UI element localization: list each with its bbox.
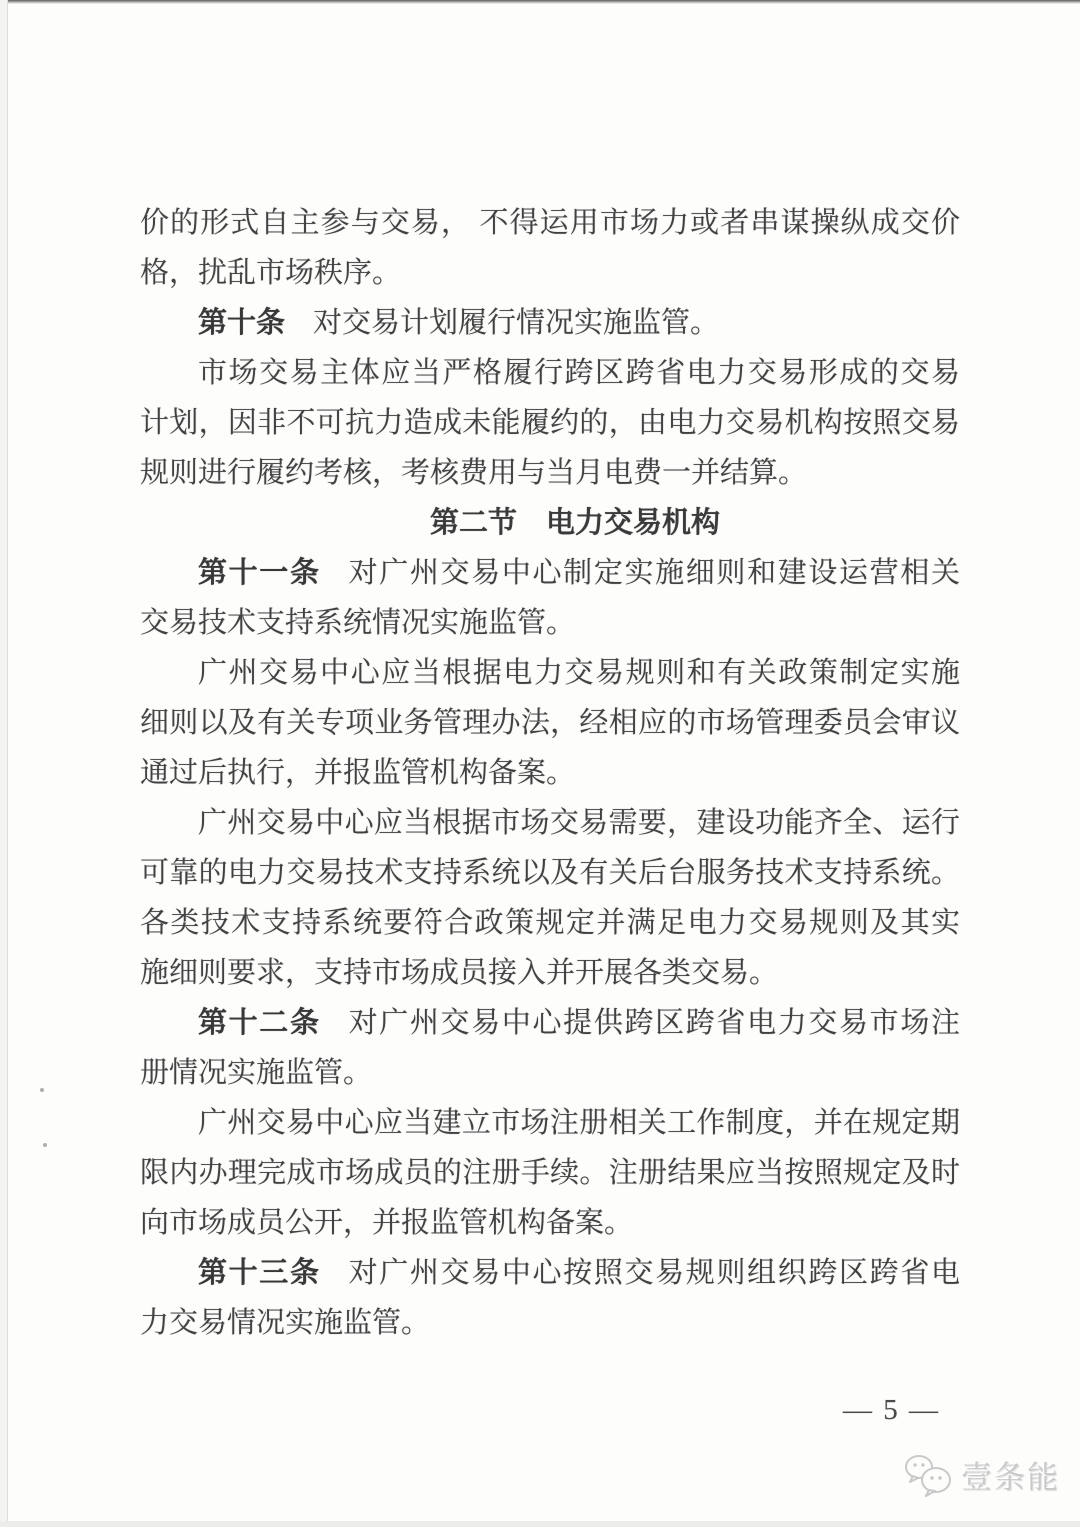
scan-speck — [40, 1088, 44, 1092]
line-text: 对广州交易中心按照交易规则组织跨区跨省电 — [349, 1257, 960, 1289]
line-text: 广州交易中心应当建立市场注册相关工作制度，并在规定期 — [198, 1107, 960, 1139]
line-text: 通过后执行，并报监管机构备案。 — [140, 757, 575, 789]
page-number: — 5 — — [843, 1386, 940, 1434]
article-number: 第十三条 — [198, 1257, 321, 1289]
scan-edge-left — [0, 0, 7, 1527]
text-line: 广州交易中心应当根据电力交易规则和有关政策制定实施 — [140, 648, 960, 698]
document-page: 价的形式自主参与交易， 不得运用市场力或者串谋操纵成交价 格，扰乱市场秩序。 第… — [0, 0, 1080, 1527]
line-text: 各类技术支持系统要符合政策规定并满足电力交易规则及其实 — [140, 907, 960, 939]
line-text: 细则以及有关专项业务管理办法，经相应的市场管理委员会审议 — [140, 707, 960, 739]
text-line: 市场交易主体应当严格履行跨区跨省电力交易形成的交易 — [140, 348, 960, 398]
text-line: 广州交易中心应当根据市场交易需要，建设功能齐全、运行 — [140, 798, 960, 848]
text-line: 第十一条对广州交易中心制定实施细则和建设运营相关 — [140, 548, 960, 598]
scan-edge-top — [0, 0, 1080, 4]
text-line: 第十条对交易计划履行情况实施监管。 — [140, 298, 960, 348]
line-text: 施细则要求，支持市场成员接入并开展各类交易。 — [140, 957, 778, 989]
line-text: 对交易计划履行情况实施监管。 — [313, 307, 719, 339]
line-text: 价的形式自主参与交易， 不得运用市场力或者串谋操纵成交价 — [140, 207, 960, 239]
line-text: 格，扰乱市场秩序。 — [140, 257, 401, 289]
text-line: 施细则要求，支持市场成员接入并开展各类交易。 — [140, 948, 960, 998]
scan-edge-bottom — [0, 1521, 1080, 1527]
text-line: 册情况实施监管。 — [140, 1048, 960, 1098]
line-text: 第二节 电力交易机构 — [430, 507, 720, 539]
line-text: 广州交易中心应当根据电力交易规则和有关政策制定实施 — [198, 657, 960, 689]
text-line: 格，扰乱市场秩序。 — [140, 248, 960, 298]
line-text: 向市场成员公开，并报监管机构备案。 — [140, 1207, 633, 1239]
line-text: 册情况实施监管。 — [140, 1057, 372, 1089]
section-heading: 第二节 电力交易机构 — [140, 498, 960, 548]
text-line: 第十三条对广州交易中心按照交易规则组织跨区跨省电 — [140, 1248, 960, 1298]
line-text: 限内办理完成市场成员的注册手续。注册结果应当按照规定及时 — [140, 1157, 960, 1189]
line-text: 对广州交易中心制定实施细则和建设运营相关 — [349, 557, 960, 589]
footer-brand: 壹条能 — [903, 1452, 1060, 1497]
article-number: 第十一条 — [198, 557, 321, 589]
text-line: 交易技术支持系统情况实施监管。 — [140, 598, 960, 648]
line-text: 可靠的电力交易技术支持系统以及有关后台服务技术支持系统。 — [140, 857, 960, 889]
text-line: 各类技术支持系统要符合政策规定并满足电力交易规则及其实 — [140, 898, 960, 948]
text-line: 限内办理完成市场成员的注册手续。注册结果应当按照规定及时 — [140, 1148, 960, 1198]
brand-text: 壹条能 — [961, 1452, 1060, 1497]
wechat-icon — [903, 1453, 955, 1497]
line-text: 力交易情况实施监管。 — [140, 1307, 430, 1339]
text-line: 第十二条对广州交易中心提供跨区跨省电力交易市场注 — [140, 998, 960, 1048]
line-text: 交易技术支持系统情况实施监管。 — [140, 607, 575, 639]
line-text: 对广州交易中心提供跨区跨省电力交易市场注 — [349, 1007, 960, 1039]
line-text: 广州交易中心应当根据市场交易需要，建设功能齐全、运行 — [198, 807, 960, 839]
text-line: 可靠的电力交易技术支持系统以及有关后台服务技术支持系统。 — [140, 848, 960, 898]
line-text: 计划，因非不可抗力造成未能履约的，由电力交易机构按照交易 — [140, 407, 960, 439]
text-line: 向市场成员公开，并报监管机构备案。 — [140, 1198, 960, 1248]
scan-fold-line — [7, 0, 8, 1527]
text-line: 价的形式自主参与交易， 不得运用市场力或者串谋操纵成交价 — [140, 198, 960, 248]
line-text: 规则进行履约考核，考核费用与当月电费一并结算。 — [140, 457, 807, 489]
text-line: 广州交易中心应当建立市场注册相关工作制度，并在规定期 — [140, 1098, 960, 1148]
text-line: 规则进行履约考核，考核费用与当月电费一并结算。 — [140, 448, 960, 498]
line-text: 市场交易主体应当严格履行跨区跨省电力交易形成的交易 — [198, 357, 960, 389]
text-line: 计划，因非不可抗力造成未能履约的，由电力交易机构按照交易 — [140, 398, 960, 448]
document-body: 价的形式自主参与交易， 不得运用市场力或者串谋操纵成交价 格，扰乱市场秩序。 第… — [140, 198, 960, 1348]
scan-speck — [43, 1143, 47, 1147]
article-number: 第十条 — [198, 307, 285, 339]
text-line: 通过后执行，并报监管机构备案。 — [140, 748, 960, 798]
text-line: 力交易情况实施监管。 — [140, 1298, 960, 1348]
article-number: 第十二条 — [198, 1007, 321, 1039]
text-line: 细则以及有关专项业务管理办法，经相应的市场管理委员会审议 — [140, 698, 960, 748]
